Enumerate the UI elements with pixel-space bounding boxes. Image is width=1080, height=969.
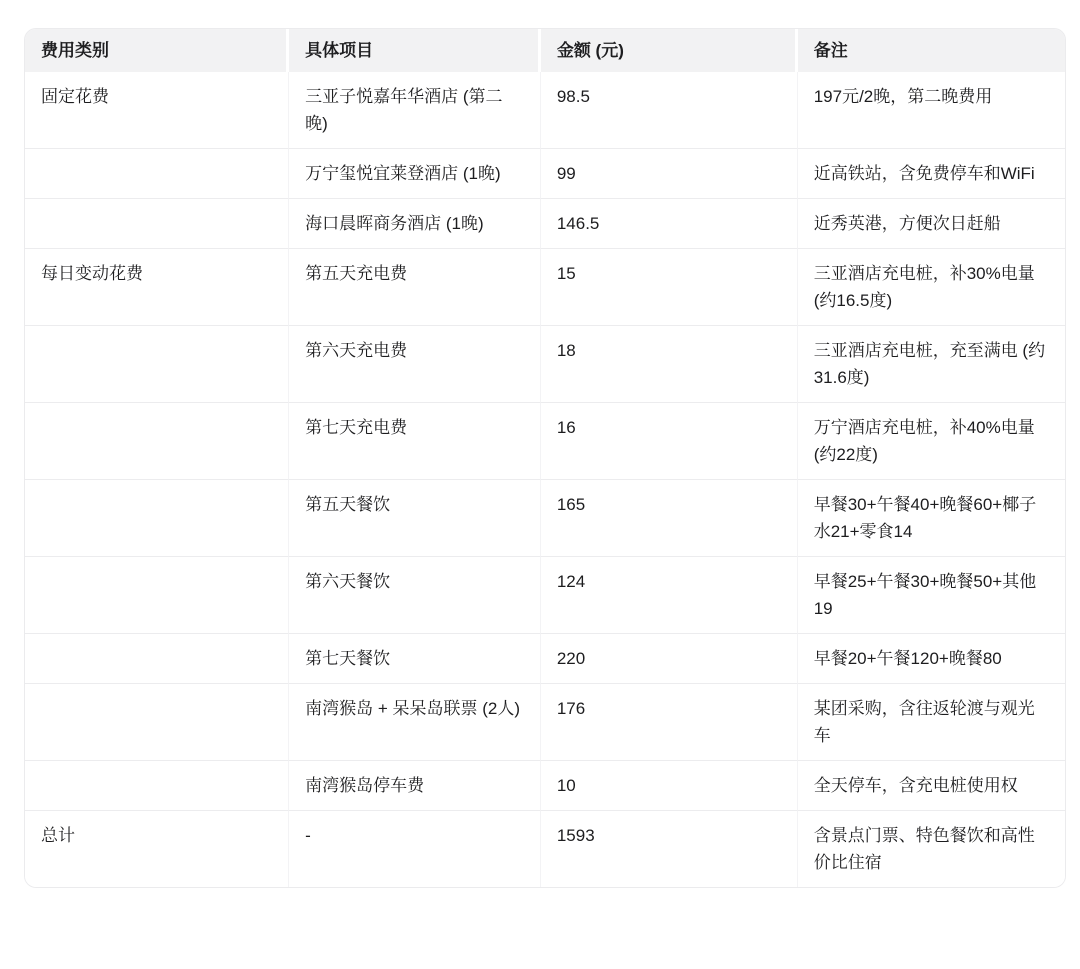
table-row: 固定花费 三亚子悦嘉年华酒店 (第二晚) 98.5 197元/2晚，第二晚费用 bbox=[25, 72, 1065, 148]
item-cell: 万宁玺悦宜莱登酒店 (1晚) bbox=[289, 148, 541, 198]
item-cell: 第七天充电费 bbox=[289, 402, 541, 479]
item-cell: 南湾猴岛 + 呆呆岛联票 (2人) bbox=[289, 683, 541, 760]
note-cell: 万宁酒店充电桩，补40%电量 (约22度) bbox=[798, 402, 1065, 479]
item-cell: 第七天餐饮 bbox=[289, 633, 541, 683]
category-cell bbox=[25, 683, 289, 760]
item-cell: 第六天餐饮 bbox=[289, 556, 541, 633]
note-cell: 三亚酒店充电桩，充至满电 (约31.6度) bbox=[798, 325, 1065, 402]
item-cell: - bbox=[289, 810, 541, 887]
table-row: 第七天餐饮 220 早餐20+午餐120+晚餐80 bbox=[25, 633, 1065, 683]
table-row: 海口晨晖商务酒店 (1晚) 146.5 近秀英港，方便次日赶船 bbox=[25, 198, 1065, 248]
category-cell bbox=[25, 479, 289, 556]
table-row: 第六天餐饮 124 早餐25+午餐30+晚餐50+其他19 bbox=[25, 556, 1065, 633]
category-cell bbox=[25, 325, 289, 402]
column-header-category: 费用类别 bbox=[25, 29, 289, 72]
category-cell bbox=[25, 198, 289, 248]
table-row: 第五天餐饮 165 早餐30+午餐40+晚餐60+椰子水21+零食14 bbox=[25, 479, 1065, 556]
amount-cell: 220 bbox=[541, 633, 798, 683]
note-cell: 含景点门票、特色餐饮和高性价比住宿 bbox=[798, 810, 1065, 887]
category-cell bbox=[25, 148, 289, 198]
table-row: 南湾猴岛 + 呆呆岛联票 (2人) 176 某团采购，含往返轮渡与观光车 bbox=[25, 683, 1065, 760]
amount-cell: 18 bbox=[541, 325, 798, 402]
column-header-amount: 金额 (元) bbox=[541, 29, 798, 72]
table-row: 南湾猴岛停车费 10 全天停车，含充电桩使用权 bbox=[25, 760, 1065, 810]
table-body: 固定花费 三亚子悦嘉年华酒店 (第二晚) 98.5 197元/2晚，第二晚费用 … bbox=[25, 72, 1065, 887]
amount-cell: 124 bbox=[541, 556, 798, 633]
item-cell: 海口晨晖商务酒店 (1晚) bbox=[289, 198, 541, 248]
note-cell: 早餐25+午餐30+晚餐50+其他19 bbox=[798, 556, 1065, 633]
amount-cell: 98.5 bbox=[541, 72, 798, 148]
item-cell: 第五天餐饮 bbox=[289, 479, 541, 556]
header-row: 费用类别 具体项目 金额 (元) 备注 bbox=[25, 29, 1065, 72]
note-cell: 近高铁站，含免费停车和WiFi bbox=[798, 148, 1065, 198]
table-row: 万宁玺悦宜莱登酒店 (1晚) 99 近高铁站，含免费停车和WiFi bbox=[25, 148, 1065, 198]
amount-cell: 1593 bbox=[541, 810, 798, 887]
note-cell: 早餐30+午餐40+晚餐60+椰子水21+零食14 bbox=[798, 479, 1065, 556]
amount-cell: 99 bbox=[541, 148, 798, 198]
table-row: 第六天充电费 18 三亚酒店充电桩，充至满电 (约31.6度) bbox=[25, 325, 1065, 402]
note-cell: 197元/2晚，第二晚费用 bbox=[798, 72, 1065, 148]
item-cell: 第五天充电费 bbox=[289, 248, 541, 325]
note-cell: 近秀英港，方便次日赶船 bbox=[798, 198, 1065, 248]
note-cell: 某团采购，含往返轮渡与观光车 bbox=[798, 683, 1065, 760]
category-cell bbox=[25, 760, 289, 810]
category-cell bbox=[25, 633, 289, 683]
amount-cell: 165 bbox=[541, 479, 798, 556]
category-cell bbox=[25, 556, 289, 633]
amount-cell: 16 bbox=[541, 402, 798, 479]
amount-cell: 15 bbox=[541, 248, 798, 325]
note-cell: 全天停车，含充电桩使用权 bbox=[798, 760, 1065, 810]
note-cell: 早餐20+午餐120+晚餐80 bbox=[798, 633, 1065, 683]
amount-cell: 10 bbox=[541, 760, 798, 810]
table-row: 第七天充电费 16 万宁酒店充电桩，补40%电量 (约22度) bbox=[25, 402, 1065, 479]
category-cell: 总计 bbox=[25, 810, 289, 887]
expense-table-grid: 费用类别 具体项目 金额 (元) 备注 固定花费 三亚子悦嘉年华酒店 (第二晚)… bbox=[25, 29, 1065, 887]
column-header-item: 具体项目 bbox=[289, 29, 541, 72]
expense-table: 费用类别 具体项目 金额 (元) 备注 固定花费 三亚子悦嘉年华酒店 (第二晚)… bbox=[24, 28, 1066, 888]
item-cell: 南湾猴岛停车费 bbox=[289, 760, 541, 810]
column-header-note: 备注 bbox=[798, 29, 1065, 72]
category-cell bbox=[25, 402, 289, 479]
table-row: 总计 - 1593 含景点门票、特色餐饮和高性价比住宿 bbox=[25, 810, 1065, 887]
item-cell: 第六天充电费 bbox=[289, 325, 541, 402]
amount-cell: 176 bbox=[541, 683, 798, 760]
category-cell: 每日变动花费 bbox=[25, 248, 289, 325]
note-cell: 三亚酒店充电桩，补30%电量 (约16.5度) bbox=[798, 248, 1065, 325]
item-cell: 三亚子悦嘉年华酒店 (第二晚) bbox=[289, 72, 541, 148]
amount-cell: 146.5 bbox=[541, 198, 798, 248]
table-row: 每日变动花费 第五天充电费 15 三亚酒店充电桩，补30%电量 (约16.5度) bbox=[25, 248, 1065, 325]
category-cell: 固定花费 bbox=[25, 72, 289, 148]
